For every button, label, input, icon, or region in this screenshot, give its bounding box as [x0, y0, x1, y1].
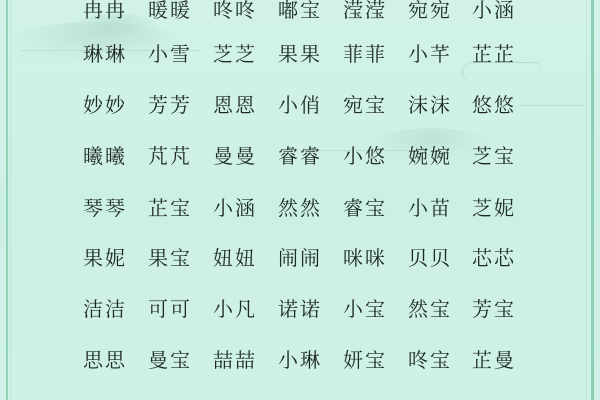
name-cell: 可可: [148, 296, 198, 322]
name-cell: 曦曦: [83, 143, 133, 169]
name-cell: 芯芯: [472, 245, 522, 271]
name-list-page: 冉冉 暖暖 咚咚 嘟宝 滢滢 宛宛 小涵 琳琳 小雪 芝芝 果果 菲菲 小芊 芷…: [0, 0, 600, 400]
name-cell: 咚咚: [213, 0, 263, 23]
name-cell: 琳琳: [83, 41, 133, 67]
name-cell: 小芊: [408, 41, 458, 67]
name-cell: 妍宝: [343, 347, 393, 373]
name-cell: 小涵: [472, 0, 522, 23]
name-grid: 冉冉 暖暖 咚咚 嘟宝 滢滢 宛宛 小涵 琳琳 小雪 芝芝 果果 菲菲 小芊 芷…: [0, 0, 600, 400]
name-cell: 小凡: [213, 296, 263, 322]
name-cell: 婉婉: [408, 143, 458, 169]
name-cell: 琴琴: [83, 195, 133, 221]
name-cell: 宛宛: [408, 0, 458, 23]
name-cell: 小涵: [213, 195, 263, 221]
name-cell: 滢滢: [343, 0, 393, 23]
name-cell: 小雪: [148, 41, 198, 67]
name-cell: 宛宝: [343, 92, 393, 118]
name-cell: 咚宝: [408, 347, 458, 373]
name-cell: 小宝: [343, 296, 393, 322]
name-cell: 暖暖: [148, 0, 198, 23]
name-cell: 芳芳: [148, 92, 198, 118]
name-cell: 闹闹: [278, 245, 328, 271]
name-cell: 芝芝: [213, 41, 263, 67]
name-cell: 睿睿: [278, 143, 328, 169]
name-cell: 悠悠: [472, 92, 522, 118]
name-cell: 曼宝: [148, 347, 198, 373]
name-row: 妙妙 芳芳 恩恩 小俏 宛宝 沫沫 悠悠: [0, 92, 600, 118]
name-row: 琳琳 小雪 芝芝 果果 菲菲 小芊 芷芷: [0, 41, 600, 67]
name-cell: 芝宝: [472, 143, 522, 169]
name-cell: 恩恩: [213, 92, 263, 118]
name-cell: 咪咪: [343, 245, 393, 271]
name-cell: 诺诺: [278, 296, 328, 322]
name-cell: 然宝: [408, 296, 458, 322]
name-cell: 菲菲: [343, 41, 393, 67]
name-cell: 妙妙: [83, 92, 133, 118]
name-cell: 芃芃: [148, 143, 198, 169]
name-cell: 果宝: [148, 245, 198, 271]
name-cell: 小俏: [278, 92, 328, 118]
name-cell: 果妮: [83, 245, 133, 271]
name-cell: 芳宝: [472, 296, 522, 322]
name-cell: 芷芷: [472, 41, 522, 67]
name-cell: 嘟宝: [278, 0, 328, 23]
name-row: 曦曦 芃芃 曼曼 睿睿 小悠 婉婉 芝宝: [0, 143, 600, 169]
name-row: 果妮 果宝 妞妞 闹闹 咪咪 贝贝 芯芯: [0, 245, 600, 271]
name-cell: 妞妞: [213, 245, 263, 271]
name-cell: 曼曼: [213, 143, 263, 169]
name-cell: 小苗: [408, 195, 458, 221]
name-cell: 芝妮: [472, 195, 522, 221]
name-cell: 果果: [278, 41, 328, 67]
name-cell: 小琳: [278, 347, 328, 373]
name-cell: 洁洁: [83, 296, 133, 322]
name-cell: 然然: [278, 195, 328, 221]
name-row: 洁洁 可可 小凡 诺诺 小宝 然宝 芳宝: [0, 296, 600, 322]
name-row: 思思 曼宝 喆喆 小琳 妍宝 咚宝 芷曼: [0, 347, 600, 373]
name-cell: 冉冉: [83, 0, 133, 23]
name-cell: 小悠: [343, 143, 393, 169]
name-cell: 贝贝: [408, 245, 458, 271]
name-cell: 沫沫: [408, 92, 458, 118]
name-cell: 睿宝: [343, 195, 393, 221]
name-cell: 芷曼: [472, 347, 522, 373]
name-cell: 思思: [83, 347, 133, 373]
name-row: 冉冉 暖暖 咚咚 嘟宝 滢滢 宛宛 小涵: [0, 0, 600, 23]
name-row: 琴琴 芷宝 小涵 然然 睿宝 小苗 芝妮: [0, 195, 600, 221]
name-cell: 芷宝: [148, 195, 198, 221]
name-cell: 喆喆: [213, 347, 263, 373]
